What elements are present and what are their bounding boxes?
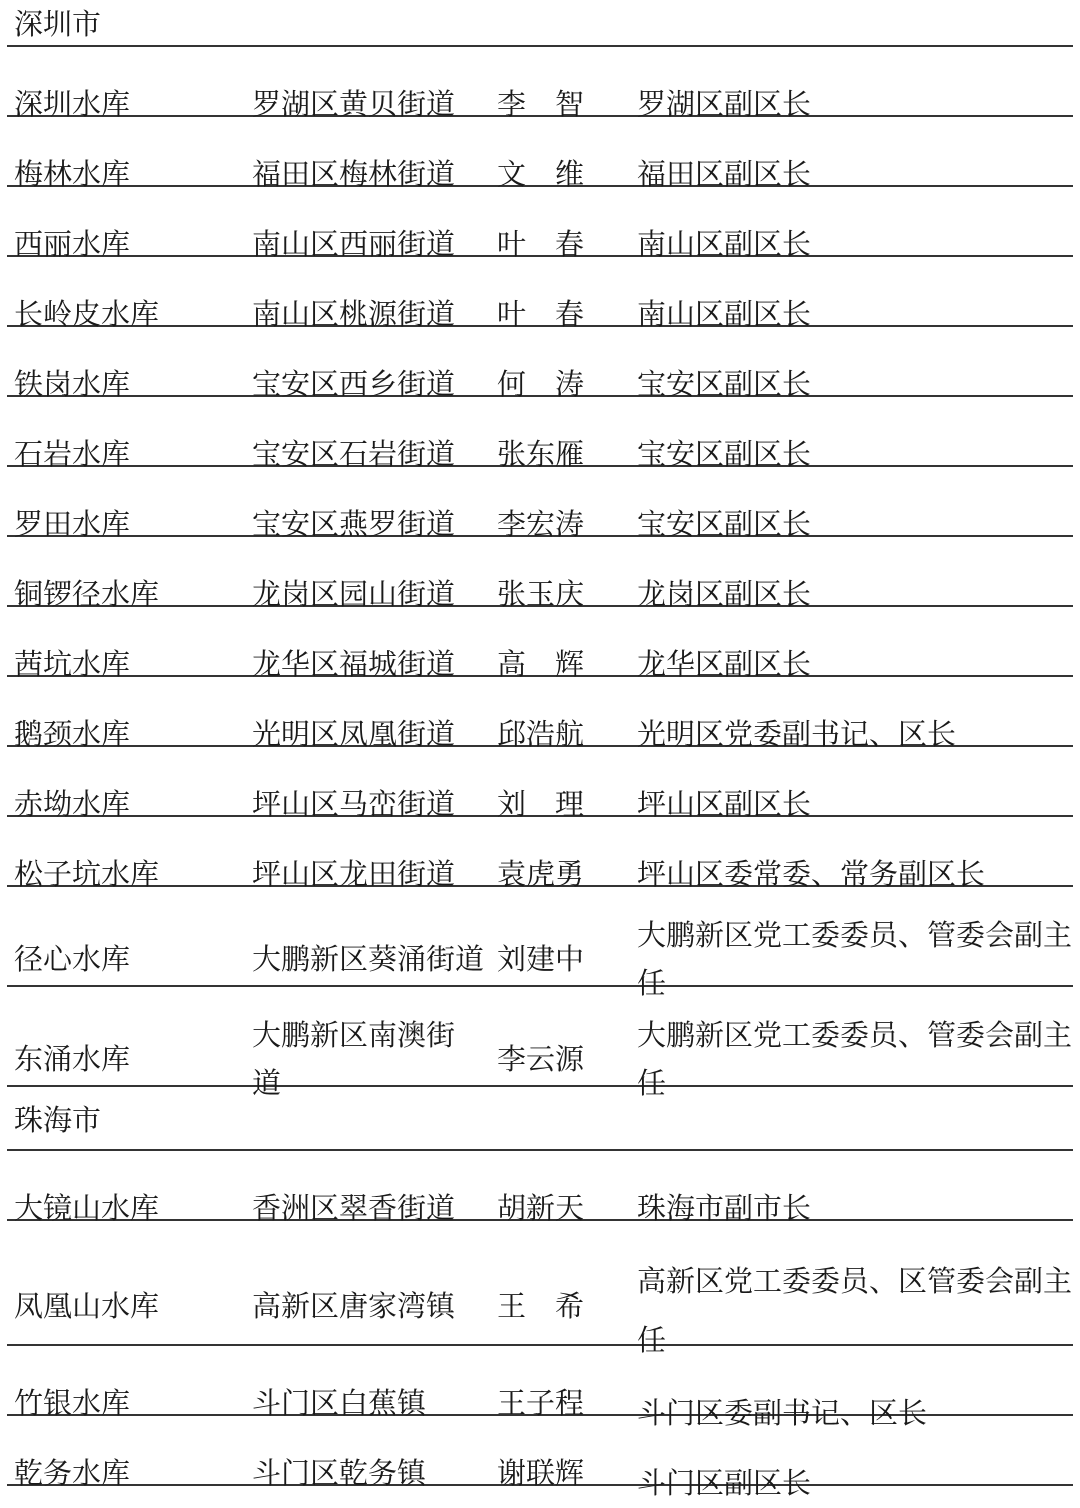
division-cell: 大鹏新区南澳街 道 <box>252 964 497 1108</box>
official-title: 大鹏新区党工委委员、管委会副主 任 <box>637 1020 1072 1100</box>
section-city-title: 珠海市 <box>14 1098 101 1139</box>
person-name: 胡新天 <box>497 1193 584 1225</box>
reservoir-table: 深圳市 深圳水库 罗湖区黄贝街道 李 智 罗湖区副区长 梅林水库 福田区梅林街道… <box>0 0 1080 1486</box>
division-cell: 香洲区翠香街道 <box>252 1137 497 1233</box>
reservoir-name: 松子坑水库 <box>14 859 159 891</box>
official-title: 斗门区副区长 <box>637 1468 811 1500</box>
division-cell: 坪山区龙田街道 <box>252 803 497 899</box>
reservoir-name: 凤凰山水库 <box>14 1291 159 1323</box>
person-cell: 胡新天 <box>497 1137 637 1233</box>
person-cell: 王 希 <box>497 1235 637 1331</box>
reservoir-name: 乾务水库 <box>14 1458 130 1490</box>
person-name: 谢联辉 <box>497 1458 584 1490</box>
reservoir-name: 大镜山水库 <box>14 1193 159 1225</box>
reservoir-cell: 乾务水库 <box>7 1402 252 1498</box>
division-cell: 高新区唐家湾镇 <box>252 1235 497 1331</box>
person-name: 刘建中 <box>497 944 584 976</box>
reservoir-cell: 松子坑水库 <box>7 803 252 899</box>
title-cell: 斗门区副区长 <box>637 1412 1073 1508</box>
person-cell: 李云源 <box>497 988 637 1084</box>
person-name: 李云源 <box>497 1044 584 1076</box>
title-cell: 大鹏新区党工委委员、管委会副主 任 <box>637 964 1073 1108</box>
division-name: 高新区唐家湾镇 <box>252 1291 455 1323</box>
division-name: 坪山区龙田街道 <box>252 859 455 891</box>
person-cell: 刘建中 <box>497 888 637 984</box>
reservoir-cell: 东涌水库 <box>7 988 252 1084</box>
person-name: 袁虎勇 <box>497 859 584 891</box>
table-row: 东涌水库 大鹏新区南澳街 道 李云源 大鹏新区党工委委员、管委会副主 任 <box>7 987 1073 1087</box>
reservoir-cell: 凤凰山水库 <box>7 1235 252 1331</box>
person-cell: 谢联辉 <box>497 1402 637 1498</box>
reservoir-cell: 径心水库 <box>7 888 252 984</box>
division-cell: 斗门区乾务镇 <box>252 1402 497 1498</box>
person-cell: 袁虎勇 <box>497 803 637 899</box>
division-name: 香洲区翠香街道 <box>252 1193 455 1225</box>
reservoir-name: 东涌水库 <box>14 1044 130 1076</box>
reservoir-cell: 大镜山水库 <box>7 1137 252 1233</box>
division-name: 斗门区乾务镇 <box>252 1458 426 1490</box>
person-name: 王 希 <box>497 1291 584 1323</box>
table-row: 凤凰山水库 高新区唐家湾镇 王 希 高新区党工委委员、区管委会副主 任 <box>7 1221 1073 1346</box>
table-row: 乾务水库 斗门区乾务镇 谢联辉 斗门区副区长 <box>7 1416 1073 1486</box>
reservoir-name: 径心水库 <box>14 944 130 976</box>
division-name: 大鹏新区南澳街 道 <box>252 1020 455 1100</box>
